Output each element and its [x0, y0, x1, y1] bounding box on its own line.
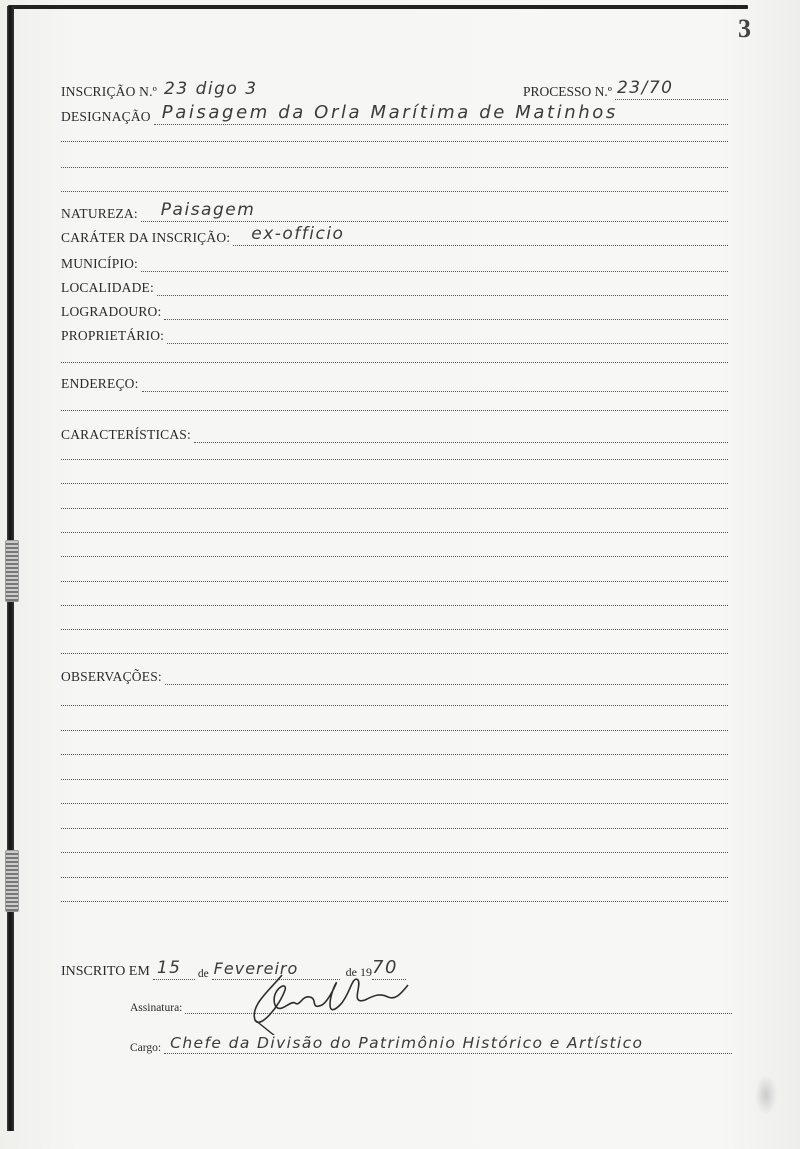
caracteristicas-label: CARACTERÍSTICAS: — [61, 427, 191, 443]
logradouro-row: LOGRADOURO: — [61, 300, 728, 320]
cargo-field[interactable]: Chefe da Divisão do Patrimônio Histórico… — [164, 1033, 732, 1054]
endereco-field[interactable] — [142, 371, 728, 392]
inscricao-label: INSCRIÇÃO N.º — [61, 84, 157, 100]
binding-stitch — [5, 540, 19, 602]
localidade-field[interactable] — [157, 275, 728, 296]
day-field[interactable]: 15 — [153, 959, 195, 980]
caracteristicas-row: CARACTERÍSTICAS: — [61, 423, 728, 443]
caracteristicas-line[interactable] — [61, 581, 728, 582]
natureza-field[interactable]: Paisagem — [141, 201, 728, 222]
natureza-label: NATUREZA: — [61, 206, 138, 222]
observacoes-line[interactable] — [61, 901, 728, 902]
caracteristicas-line[interactable] — [61, 483, 728, 484]
municipio-label: MUNICÍPIO: — [61, 256, 138, 272]
caracteristicas-line[interactable] — [61, 605, 728, 606]
proprietario-row: PROPRIETÁRIO: — [61, 324, 728, 344]
localidade-label: LOCALIDADE: — [61, 280, 154, 296]
binding-stitch — [5, 850, 19, 912]
proprietario-field[interactable] — [167, 323, 728, 344]
caracteristicas-line[interactable] — [61, 532, 728, 533]
inscricao-field[interactable]: 23 digo 3 — [160, 80, 291, 100]
observacoes-line[interactable] — [61, 730, 728, 731]
observacoes-line[interactable] — [61, 877, 728, 878]
top-border — [8, 5, 748, 9]
processo-field[interactable]: 23/70 — [615, 79, 728, 100]
observacoes-line[interactable] — [61, 803, 728, 804]
de-label-1: de — [198, 968, 209, 980]
inscrito-label: INSCRITO EM — [61, 964, 150, 980]
observacoes-line[interactable] — [61, 779, 728, 780]
assinatura-row: Assinatura: — [130, 992, 732, 1014]
processo-row: PROCESSO N.º 23/70 — [523, 80, 728, 100]
carater-row: CARÁTER DA INSCRIÇÃO: ex-officio — [61, 226, 728, 246]
observacoes-label: OBSERVAÇÕES: — [61, 669, 162, 685]
designacao-line-2[interactable] — [61, 141, 728, 142]
cargo-label: Cargo: — [130, 1042, 161, 1054]
designacao-label: DESIGNAÇÃO — [61, 109, 151, 125]
inscricao-value: 23 digo 3 — [164, 79, 257, 99]
observacoes-line[interactable] — [61, 828, 728, 829]
proprietario-line-2[interactable] — [61, 362, 728, 363]
observacoes-line[interactable] — [61, 754, 728, 755]
cargo-value: Chefe da Divisão do Patrimônio Histórico… — [170, 1034, 643, 1052]
endereco-label: ENDEREÇO: — [61, 376, 139, 392]
cargo-row: Cargo: Chefe da Divisão do Patrimônio Hi… — [130, 1032, 732, 1054]
natureza-row: NATUREZA: Paisagem — [61, 202, 728, 222]
designacao-value: Paisagem da Orla Marítima de Matinhos — [162, 102, 618, 123]
carater-field[interactable]: ex-officio — [233, 225, 728, 246]
observacoes-line[interactable] — [61, 705, 728, 706]
proprietario-label: PROPRIETÁRIO: — [61, 328, 164, 344]
caracteristicas-line[interactable] — [61, 459, 728, 460]
processo-value: 23/70 — [617, 78, 674, 98]
localidade-row: LOCALIDADE: — [61, 276, 728, 296]
logradouro-field[interactable] — [164, 299, 728, 320]
logradouro-label: LOGRADOURO: — [61, 304, 161, 320]
observacoes-row: OBSERVAÇÕES: — [61, 665, 728, 685]
paper-smudge — [755, 1075, 777, 1115]
endereco-line-2[interactable] — [61, 410, 728, 411]
carater-label: CARÁTER DA INSCRIÇÃO: — [61, 230, 230, 246]
assinatura-field[interactable] — [185, 993, 732, 1014]
municipio-field[interactable] — [141, 251, 728, 272]
natureza-value: Paisagem — [161, 200, 255, 220]
endereco-row: ENDEREÇO: — [61, 372, 728, 392]
processo-label: PROCESSO N.º — [523, 84, 612, 100]
caracteristicas-line[interactable] — [61, 653, 728, 654]
designacao-line-3[interactable] — [61, 167, 728, 168]
caracteristicas-line[interactable] — [61, 556, 728, 557]
caracteristicas-field[interactable] — [194, 422, 728, 443]
caracteristicas-line[interactable] — [61, 508, 728, 509]
assinatura-label: Assinatura: — [130, 1002, 182, 1014]
day-value: 15 — [157, 958, 182, 978]
observacoes-line[interactable] — [61, 852, 728, 853]
page-number: 3 — [738, 14, 751, 44]
designacao-line-4[interactable] — [61, 191, 728, 192]
municipio-row: MUNICÍPIO: — [61, 252, 728, 272]
inscricao-row: INSCRIÇÃO N.º 23 digo 3 — [61, 80, 291, 100]
carater-value: ex-officio — [251, 224, 344, 244]
caracteristicas-line[interactable] — [61, 629, 728, 630]
designacao-row: DESIGNAÇÃO Paisagem da Orla Marítima de … — [61, 105, 728, 125]
document-sheet: 3 INSCRIÇÃO N.º 23 digo 3 PROCESSO N.º 2… — [0, 0, 800, 1149]
designacao-field[interactable]: Paisagem da Orla Marítima de Matinhos — [154, 104, 728, 125]
observacoes-field[interactable] — [165, 664, 728, 685]
